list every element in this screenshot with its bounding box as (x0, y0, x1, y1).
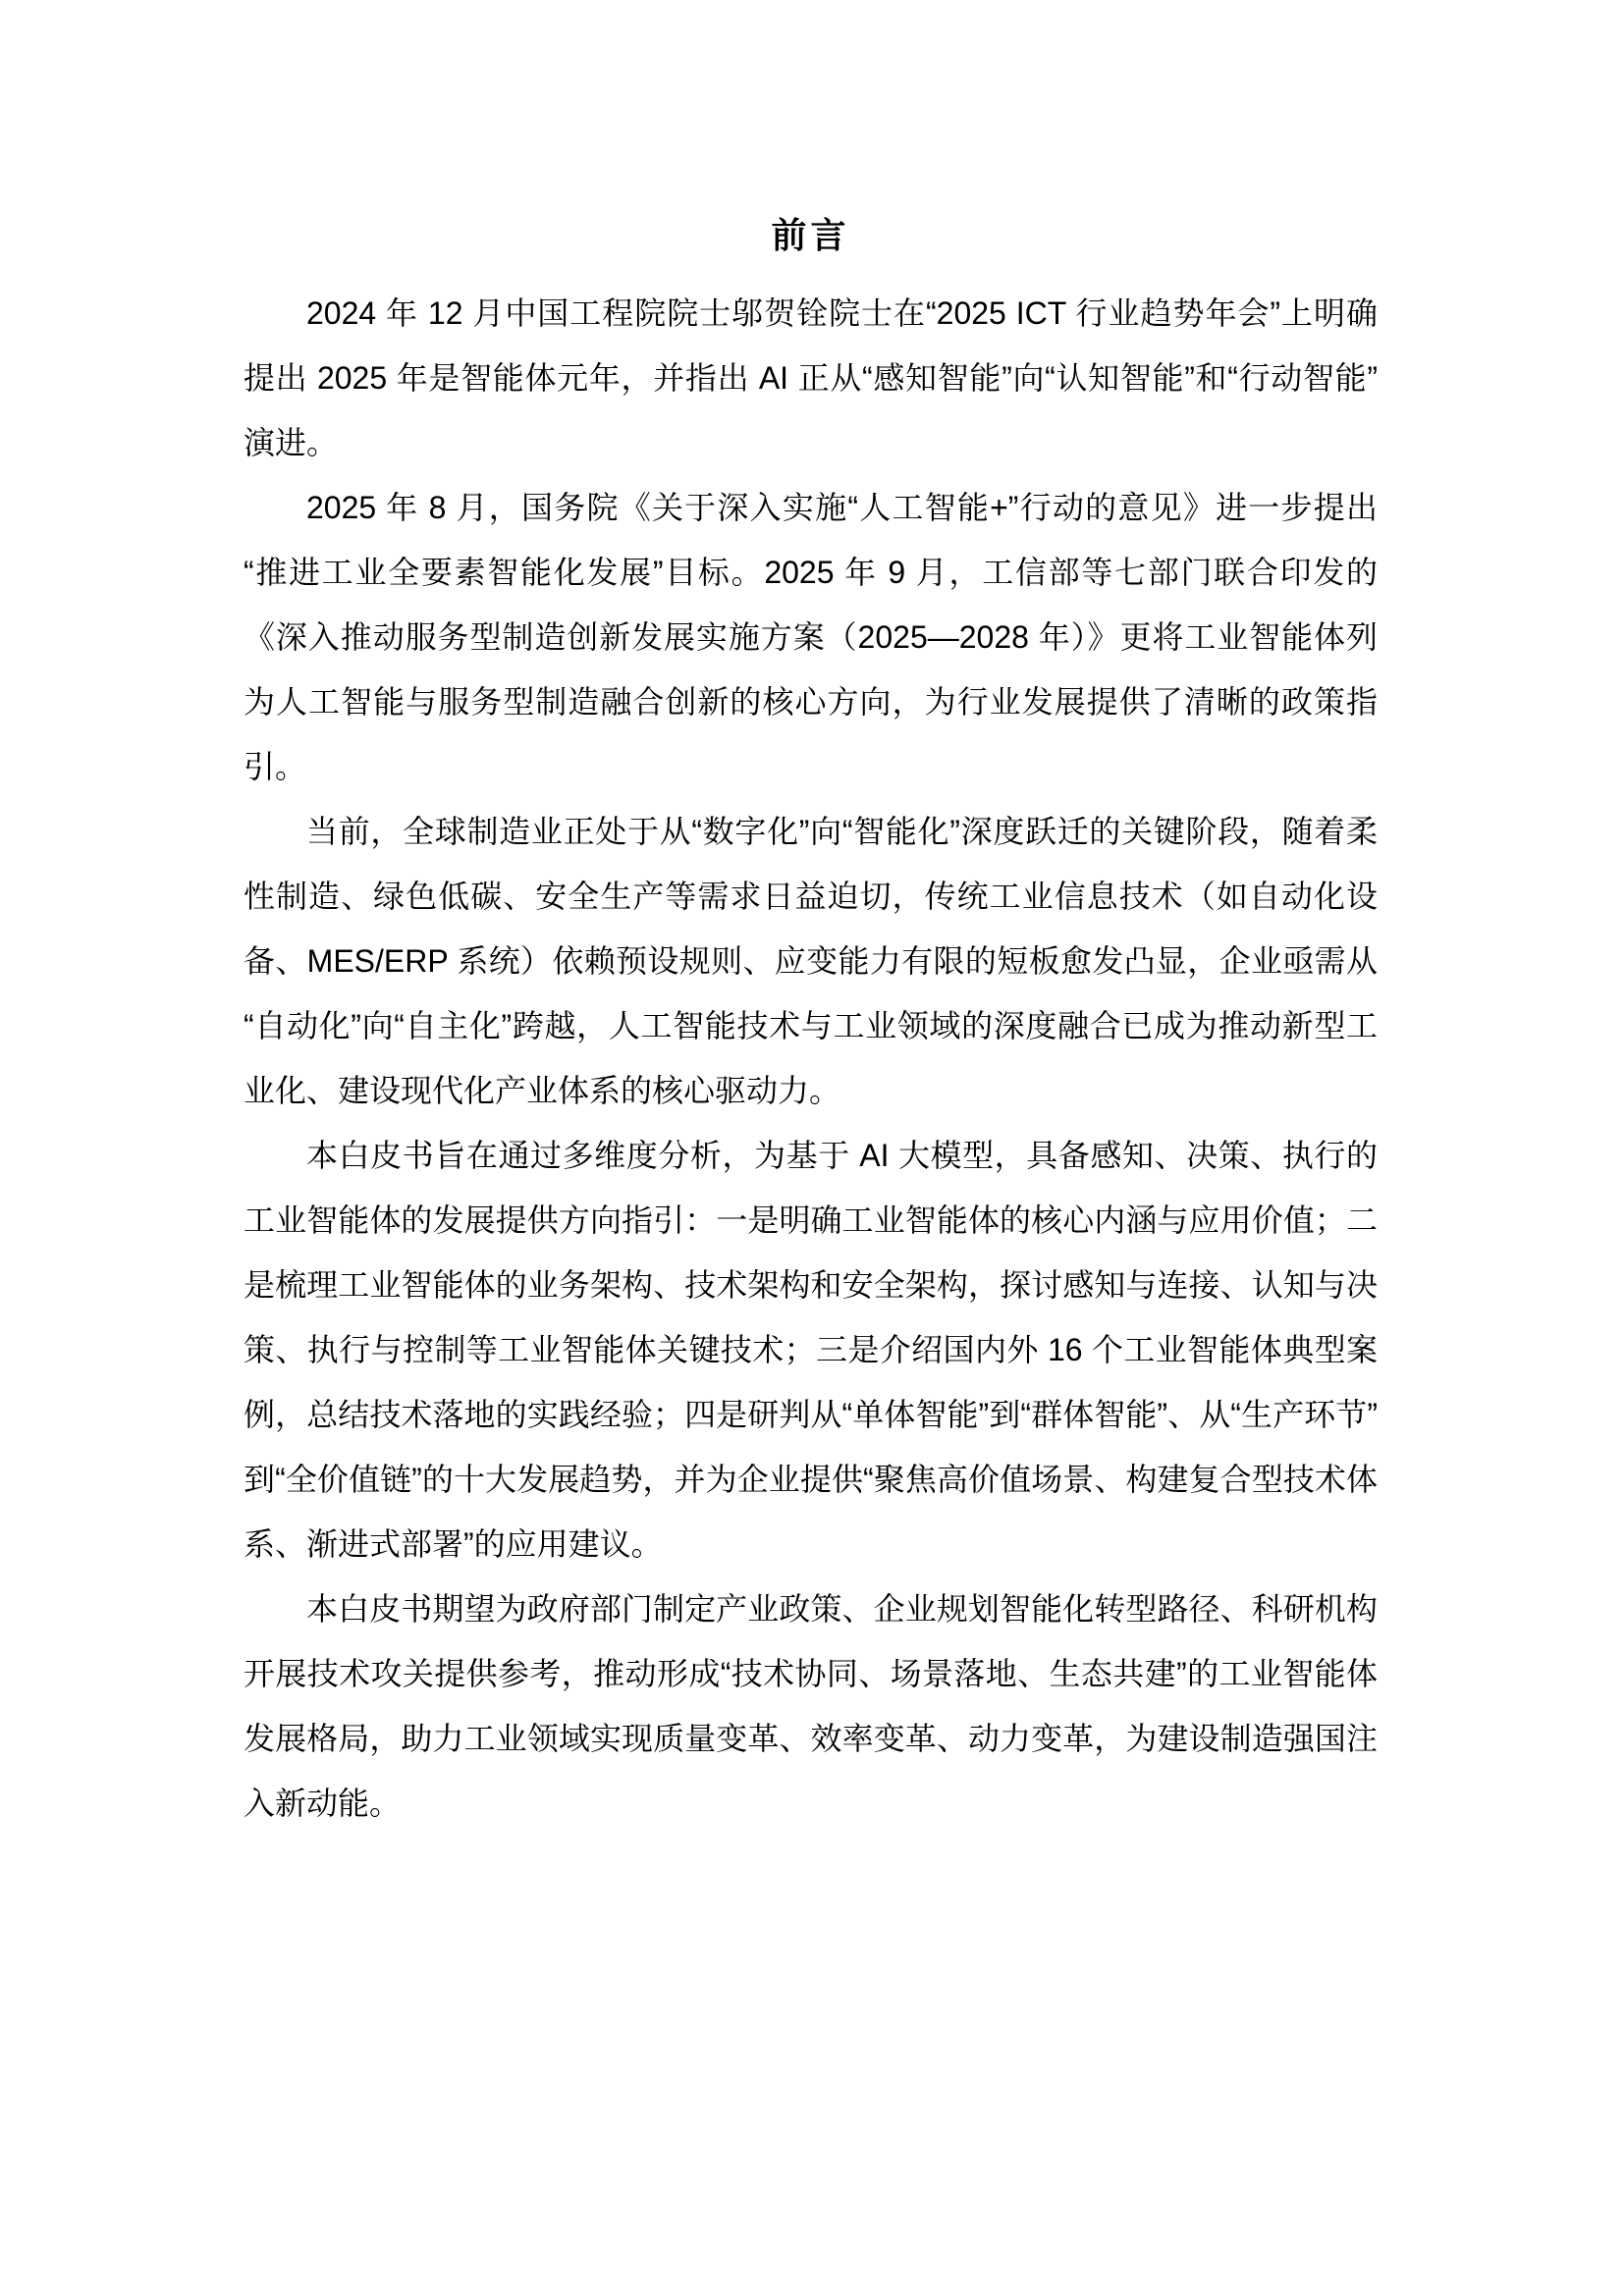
preface-paragraph-5: 本白皮书期望为政府部门制定产业政策、企业规划智能化转型路径、科研机构开展技术攻关… (244, 1576, 1378, 1836)
page-title: 前言 (244, 208, 1378, 263)
document-page: 前言 2024 年 12 月中国工程院院士邬贺铨院士在“2025 ICT 行业趋… (0, 0, 1624, 2296)
preface-paragraph-2: 2025 年 8 月，国务院《关于深入实施“人工智能+”行动的意见》进一步提出“… (244, 475, 1378, 799)
preface-paragraph-4: 本白皮书旨在通过多维度分析，为基于 AI 大模型，具备感知、决策、执行的工业智能… (244, 1123, 1378, 1576)
preface-paragraph-1: 2024 年 12 月中国工程院院士邬贺铨院士在“2025 ICT 行业趋势年会… (244, 281, 1378, 475)
preface-body: 2024 年 12 月中国工程院院士邬贺铨院士在“2025 ICT 行业趋势年会… (244, 281, 1378, 1836)
preface-paragraph-3: 当前，全球制造业正处于从“数字化”向“智能化”深度跃迁的关键阶段，随着柔性制造、… (244, 799, 1378, 1123)
